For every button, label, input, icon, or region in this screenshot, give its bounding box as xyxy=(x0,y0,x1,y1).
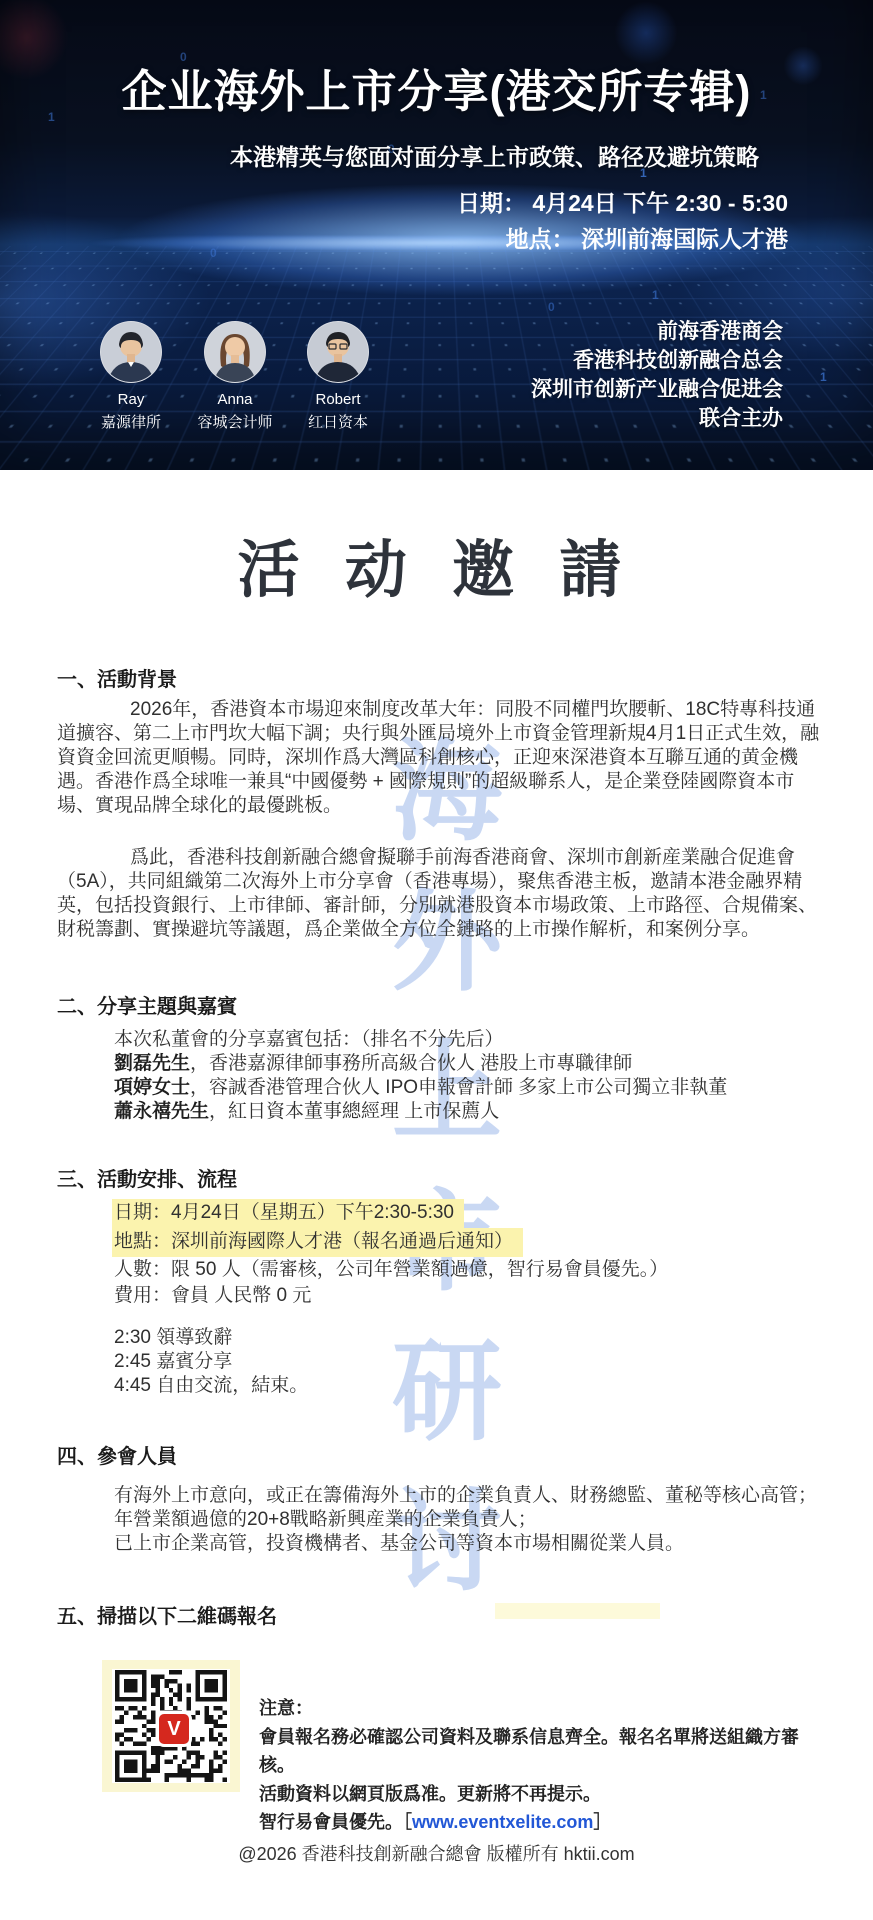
attendee-item: 有海外上市意向，或正在籌備海外上市的企業負責人、財務總監、董秘等核心高管； xyxy=(114,1484,824,1508)
guest-item: 劉磊先生，香港嘉源律師事務所高級合伙人 港股上市專職律師 xyxy=(114,1052,824,1076)
person-silhouette-icon xyxy=(308,322,368,382)
qr-center-logo: V xyxy=(156,1711,192,1747)
section-heading-guests: 二、分享主題與嘉賓 xyxy=(57,990,237,1019)
copyright-footer: @2026 香港科技創新融合總會 版權所有 hktii.com xyxy=(0,1840,873,1866)
link-suffix: ］ xyxy=(593,1812,611,1832)
section-heading-schedule: 三、活動安排、流程 xyxy=(57,1163,237,1192)
guest-item: 項婷女士，容誠香港管理合伙人 IPO申報會計師 多家上市公司獨立非執董 xyxy=(114,1076,824,1100)
guest-desc: ，紅日資本董事總經理 上市保薦人 xyxy=(209,1101,499,1122)
note-line: 會員報名務必確認公司資料及聯系信息齊全。報名名單將送組織方審核。 xyxy=(259,1723,819,1780)
speaker-org: 嘉源律所 xyxy=(73,411,189,432)
agenda-item: 2:45 嘉賓分享 xyxy=(114,1350,824,1374)
attendee-item: 已上市企業高管，投資機構者、基金公司等資本市場相關從業人員。 xyxy=(114,1532,824,1556)
guest-desc: ，香港嘉源律師事務所高級合伙人 港股上市專職律師 xyxy=(190,1053,632,1074)
speaker-card: Ray 嘉源律所 xyxy=(73,321,189,432)
binary-digit: 0 xyxy=(548,300,555,314)
organizers-list: 前海香港商会 香港科技创新融合总会 深圳市创新产业融合促进会 联合主办 xyxy=(531,317,783,433)
binary-digit: 1 xyxy=(652,288,659,302)
guest-item: 蕭永禧先生，紅日資本董事總經理 上市保薦人 xyxy=(114,1100,824,1124)
speaker-avatar xyxy=(100,321,162,383)
organizers-suffix: 联合主办 xyxy=(531,404,783,433)
event-location: 地点： 深圳前海国际人才港 xyxy=(506,221,788,254)
speaker-org: 红日资本 xyxy=(280,411,396,432)
background-paragraph-1: 2026年，香港資本市場迎來制度改革大年：同股不同權門坎腰斬、18C特專科技通道… xyxy=(57,698,821,818)
organizer-item: 香港科技创新融合总会 xyxy=(531,346,783,375)
guest-desc: ，容誠香港管理合伙人 IPO申報會計師 多家上市公司獨立非執董 xyxy=(190,1077,727,1098)
guest-name: 劉磊先生 xyxy=(114,1053,190,1074)
speaker-name: Anna xyxy=(177,391,293,408)
page-title: 活 动 邀 請 xyxy=(0,520,873,609)
hero-banner: 0 1 0 1 1 1 0 0 1 1 企业海外上市分享(港交所专辑) 本港精英… xyxy=(0,0,873,470)
highlight-streak xyxy=(495,1603,660,1619)
event-info: 日期：4月24日（星期五）下午2:30-5:30 地點：深圳前海國際人才港（報名… xyxy=(114,1199,824,1309)
event-title: 企业海外上市分享(港交所专辑) xyxy=(0,55,873,120)
agenda-list: 2:30 領導致辭 2:45 嘉賓分享 4:45 自由交流，結束。 xyxy=(114,1326,824,1398)
binary-digit: 0 xyxy=(210,246,217,260)
note-line: 活動資料以網頁版爲准。更新將不再提示。 xyxy=(259,1780,819,1809)
section-heading-background: 一、活動背景 xyxy=(57,663,177,692)
eventxelite-link[interactable]: www.eventxelite.com xyxy=(412,1812,593,1832)
signup-qr-code: V xyxy=(112,1669,230,1783)
event-subtitle: 本港精英与您面对面分享上市政策、路径及避坑策略 xyxy=(230,139,759,172)
info-date: 日期：4月24日（星期五）下午2:30-5:30 xyxy=(112,1199,464,1228)
notes-block: 注意： 會員報名務必確認公司資料及聯系信息齊全。報名名單將送組織方審核。 活動資… xyxy=(259,1694,819,1837)
attendee-list: 有海外上市意向，或正在籌備海外上市的企業負責人、財務總監、董秘等核心高管； 年營… xyxy=(114,1484,824,1556)
organizer-item: 前海香港商会 xyxy=(531,317,783,346)
speaker-name: Robert xyxy=(280,391,396,408)
note-line-link: 智行易會員優先。［www.eventxelite.com］ xyxy=(259,1808,819,1837)
agenda-item: 4:45 自由交流，結束。 xyxy=(114,1374,824,1398)
speaker-card: Anna 容城会计师 xyxy=(177,321,293,432)
info-fee: 費用：會員 人民幣 0 元 xyxy=(114,1283,824,1309)
event-poster: 0 1 0 1 1 1 0 0 1 1 企业海外上市分享(港交所专辑) 本港精英… xyxy=(0,0,873,1920)
guest-intro: 本次私董會的分享嘉賓包括：（排名不分先后） xyxy=(114,1028,824,1052)
speaker-name: Ray xyxy=(73,391,189,408)
background-paragraph-2: 爲此，香港科技創新融合總會擬聯手前海香港商會、深圳市創新産業融合促進會（5A），… xyxy=(57,846,821,942)
link-prefix: 智行易會員優先。［ xyxy=(259,1812,412,1832)
attendee-item: 年營業額過億的20+8戰略新興産業的企業負責人； xyxy=(114,1508,824,1532)
note-title: 注意： xyxy=(259,1694,819,1723)
agenda-item: 2:30 領導致辭 xyxy=(114,1326,824,1350)
guest-name: 蕭永禧先生 xyxy=(114,1101,209,1122)
speaker-avatar xyxy=(307,321,369,383)
section-heading-signup: 五、掃描以下二維碼報名 xyxy=(57,1600,277,1629)
guest-list: 本次私董會的分享嘉賓包括：（排名不分先后） 劉磊先生，香港嘉源律師事務所高級合伙… xyxy=(114,1028,824,1124)
speaker-avatar xyxy=(204,321,266,383)
person-silhouette-icon xyxy=(101,322,161,382)
organizer-item: 深圳市创新产业融合促进会 xyxy=(531,375,783,404)
speaker-card: Robert 红日资本 xyxy=(280,321,396,432)
info-venue: 地點：深圳前海國際人才港（報名通過后通知） xyxy=(112,1228,523,1257)
binary-digit: 1 xyxy=(820,370,827,384)
person-silhouette-icon xyxy=(205,322,265,382)
info-capacity: 人數：限 50 人（需審核，公司年營業額過億，智行易會員優先。） xyxy=(114,1257,824,1283)
speaker-org: 容城会计师 xyxy=(177,411,293,432)
qr-code-frame: V xyxy=(102,1660,240,1792)
section-heading-attendees: 四、參會人員 xyxy=(57,1440,177,1469)
event-date: 日期： 4月24日 下午 2:30 - 5:30 xyxy=(457,185,788,218)
guest-name: 項婷女士 xyxy=(114,1077,190,1098)
